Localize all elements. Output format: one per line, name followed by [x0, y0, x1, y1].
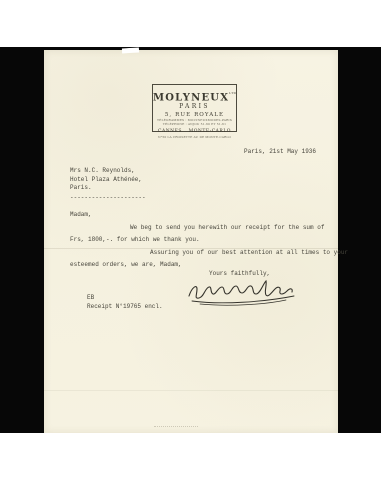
brand-name: MOLYNEUX	[153, 92, 229, 103]
typist-initials: EB	[87, 294, 94, 303]
letter-paper: MOLYNEUXLTD PARIS 5, RUE ROYALE TÉLÉGRAM…	[44, 50, 338, 433]
body-line: Frs, 1800,-. for which we thank you.	[70, 236, 200, 245]
handwritten-signature	[186, 275, 312, 309]
brand-suffix: LTD	[229, 91, 236, 95]
recipient-name: Mrs N.C. Reynolds,	[70, 167, 142, 176]
body-line: esteemed orders, we are, Madam,	[70, 261, 182, 270]
branch-cannes: CANNES	[158, 129, 182, 134]
body-line: We beg to send you herewith our receipt …	[130, 224, 324, 233]
letterhead-telephone: TÉLÉPHONE : ANJOU 51-60 ET 51-61	[153, 123, 236, 126]
branch-cannes-address: N°50 LA CROISETTE	[158, 135, 192, 140]
letterhead-street: 5, RUE ROYALE	[153, 112, 236, 118]
letterhead-branches: CANNES MONTE-CARLO	[153, 129, 236, 134]
recipient-address: Mrs N.C. Reynolds, Hotel Plaza Athénée, …	[70, 167, 142, 193]
branch-montecarlo-address: AV. DE MONTE-CARLO	[193, 135, 231, 140]
letterhead: MOLYNEUXLTD PARIS 5, RUE ROYALE TÉLÉGRAM…	[152, 84, 237, 132]
paper-tear	[122, 48, 139, 54]
letter-photo: MOLYNEUXLTD PARIS 5, RUE ROYALE TÉLÉGRAM…	[0, 0, 381, 492]
branch-montecarlo: MONTE-CARLO	[189, 129, 231, 134]
fold-crease	[44, 390, 338, 391]
recipient-city: Paris.	[70, 184, 142, 193]
salutation: Madam,	[70, 211, 92, 220]
letterhead-city: PARIS	[153, 104, 236, 110]
paper-smudge	[154, 426, 198, 428]
letterhead-brand-row: MOLYNEUXLTD	[153, 88, 236, 103]
recipient-hotel: Hotel Plaza Athénée,	[70, 176, 142, 185]
dateline: Paris, 21st May 1936	[244, 148, 316, 157]
address-underline: ---------------------	[70, 194, 146, 203]
letterhead-branch-addresses: N°50 LA CROISETTE AV. DE MONTE-CARLO	[153, 135, 236, 140]
body-line: Assuring you of our best attention at al…	[150, 249, 348, 258]
enclosure-note: Receipt N°19765 encl.	[87, 303, 163, 312]
